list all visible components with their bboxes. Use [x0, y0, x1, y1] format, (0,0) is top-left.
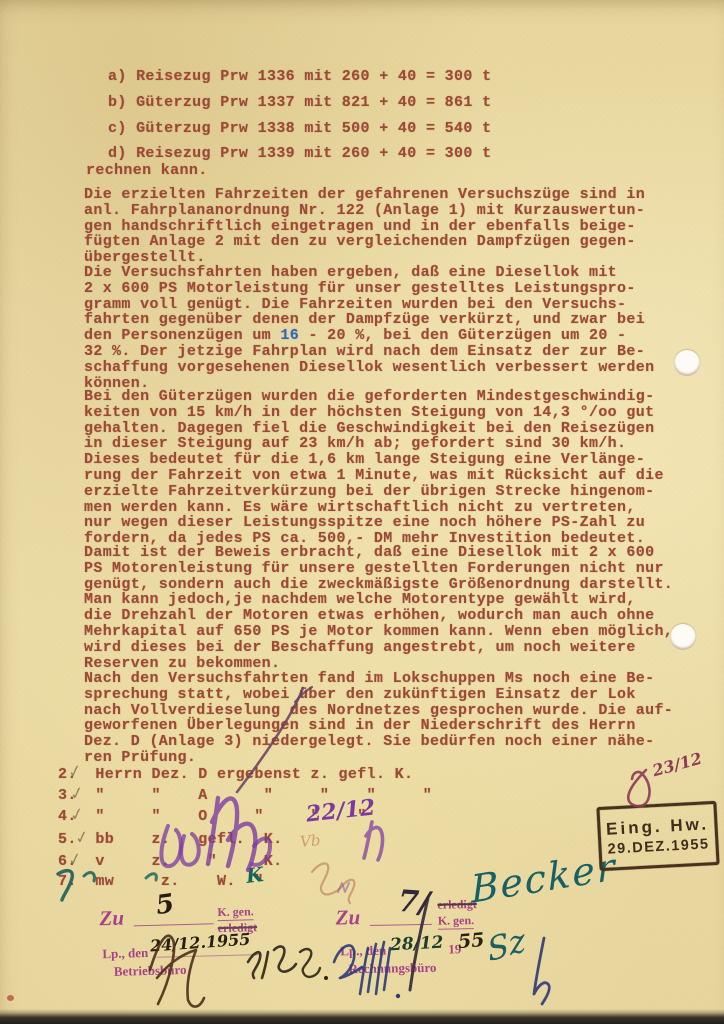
wine-flourish: [628, 770, 649, 806]
list-item-c: c) Güterzug Prw 1338 mit 500 + 40 = 540 …: [108, 120, 491, 137]
blue-ink-correction-16: 16: [280, 327, 299, 344]
green-ink-k: K: [245, 862, 265, 888]
list-item-label: d): [108, 145, 127, 162]
list-item-label: a): [108, 68, 127, 85]
pencil-note-vb: Vb: [299, 831, 321, 851]
eingang-stamp: Eing. Hw. 29.DEZ.1955: [596, 801, 719, 871]
list-item-a: a) Reisezug Prw 1336 mit 260 + 40 = 300 …: [108, 68, 491, 162]
stamp-erledigt-struck: erledigt: [437, 897, 477, 913]
blue-zigzag: [534, 938, 549, 1004]
punch-hole-top: [674, 350, 700, 376]
list-item-d: d) Reisezug Prw 1339 mit 260 + 40 = 300 …: [108, 145, 491, 162]
dark-initials: [300, 949, 320, 977]
handwritten-date-rechnung: 28/12: [390, 933, 445, 956]
list-item-text: Güterzug Prw 1337 mit 821 + 40 = 861 t: [136, 94, 491, 111]
paragraph-4: Damit ist der Beweis erbracht, daß eine …: [84, 545, 673, 671]
paragraph-1: Die erzielten Fahrzeiten der gefahrenen …: [84, 187, 645, 266]
checkmark: ✓: [66, 761, 84, 784]
list-item-label: c): [108, 120, 127, 137]
stamp-zu-label: Zu: [335, 905, 360, 930]
faint-purple-mark: [338, 883, 349, 892]
distribution-line-5: 5. bb z. gefl. K.: [58, 831, 282, 848]
scan-bottom-shadow: [0, 1009, 724, 1024]
list-item-text: Reisezug Prw 1339 mit 260 + 40 = 300 t: [136, 145, 491, 162]
stamp-lp-den: Lp., den: [102, 945, 148, 962]
handwritten-number-5: 5: [154, 889, 176, 921]
stamp-office: Rechnungsbüro: [348, 960, 436, 978]
paragraph-2: Die Versuchsfahrten haben ergeben, daß e…: [84, 265, 654, 391]
red-ink-stain: [7, 995, 14, 1001]
paragraph-3: Bei den Güterzügen wurden die geforderte…: [84, 389, 664, 547]
stamp-k-gen: K. gen.: [217, 904, 254, 921]
train-list: a) Reisezug Prw 1336 mit 260 + 40 = 300 …: [108, 64, 491, 167]
ink-dot: [396, 994, 400, 998]
ink-dot: [324, 976, 328, 980]
list-item-text: Reisezug Prw 1336 mit 260 + 40 = 300 t: [136, 68, 491, 85]
list-item-label: b): [108, 94, 127, 111]
violet-scribble: [364, 822, 383, 860]
distribution-line-7: 7. mw z. W. ": [58, 873, 264, 890]
stamp-lp-den: Lp., den: [340, 943, 386, 960]
stamp-office: Betriebsbüro: [114, 962, 187, 980]
scanned-letter-page: a) Reisezug Prw 1336 mit 260 + 40 = 300 …: [0, 0, 724, 1024]
eingang-stamp-label: Eing. Hw.: [606, 814, 710, 839]
list-item-b: b) Güterzug Prw 1337 mit 821 + 40 = 861 …: [108, 94, 491, 111]
handwritten-year-55: 55: [457, 929, 485, 953]
handwritten-number-7: 7/: [397, 884, 431, 921]
paragraph-5: Nach den Versuchsfahrten fand im Lokschu…: [84, 671, 673, 766]
eingang-stamp-date: 29.DEZ.1955: [607, 836, 710, 857]
stamp-zu-label: Zu: [99, 906, 124, 932]
list-closing-line: rechnen kann.: [86, 162, 208, 179]
punch-hole-bottom: [670, 624, 696, 650]
list-item-text: Güterzug Prw 1338 mit 500 + 40 = 540 t: [136, 120, 491, 137]
stamp-k-gen: K. gen.: [438, 913, 475, 930]
distribution-line-2: 2. Herrn Dez. D ergebenst z. gefl. K.: [58, 766, 413, 783]
distribution-line-3: 3. " " A " " " ": [58, 787, 432, 804]
